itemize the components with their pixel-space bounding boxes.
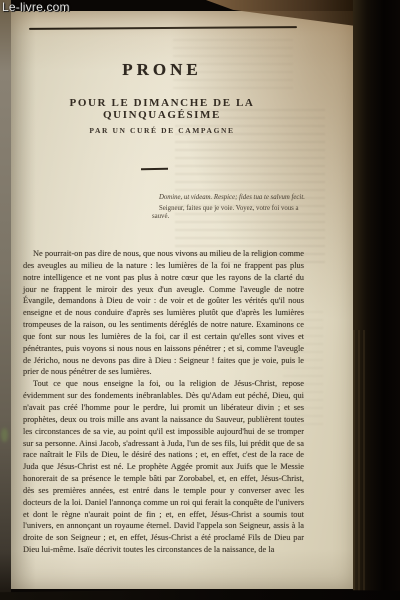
body-text: Ne pourrait-on pas dire de nous, que nou… <box>23 248 304 556</box>
paragraph: Ne pourrait-on pas dire de nous, que nou… <box>23 248 304 378</box>
bottom-edge-shadow <box>0 589 400 600</box>
page-subtitle: POUR LE DIMANCHE DE LA QUINQUAGÉSIME <box>22 97 302 121</box>
page-title: PRONE <box>22 60 302 80</box>
epigraph-latin: Domine, ut videam. Respice; fides tua te… <box>152 194 312 203</box>
book-photo: PRONE POUR LE DIMANCHE DE LA QUINQUAGÉSI… <box>0 0 400 600</box>
author-byline: PAR UN CURÉ DE CAMPAGNE <box>22 126 302 135</box>
right-book-edge <box>353 0 400 600</box>
book-page: PRONE POUR LE DIMANCHE DE LA QUINQUAGÉSI… <box>10 11 353 589</box>
epigraph: Domine, ut videam. Respice; fides tua te… <box>152 194 312 224</box>
section-divider <box>141 168 168 170</box>
epigraph-french: Seigneur, faites que je voie. Voyez, vot… <box>152 205 312 222</box>
gutter-edge <box>0 0 11 600</box>
header-rule <box>29 26 297 30</box>
page-blemish <box>1 428 8 442</box>
watermark: Le-livre.com <box>2 0 70 14</box>
paragraph: Tout ce que nous enseigne la foi, ou la … <box>23 378 304 556</box>
